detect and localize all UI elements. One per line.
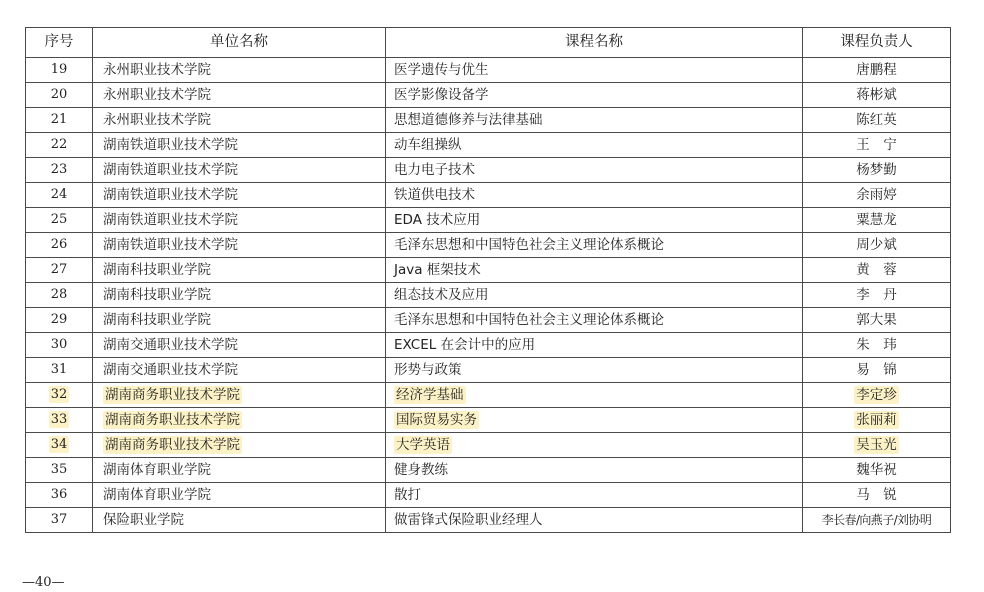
cell-lead-text: 黄 蓉 (856, 262, 897, 278)
cell-no: 21 (26, 108, 93, 133)
cell-no: 26 (26, 233, 93, 258)
cell-no: 34 (26, 433, 93, 458)
cell-no: 24 (26, 183, 93, 208)
cell-course: 大学英语 (386, 433, 803, 458)
table-row: 35湖南体育职业学院健身教练魏华祝 (26, 458, 951, 483)
cell-no: 32 (26, 383, 93, 408)
cell-lead: 陈红英 (803, 108, 951, 133)
cell-course: 健身教练 (386, 458, 803, 483)
table-header-row: 序号 单位名称 课程名称 课程负责人 (26, 28, 951, 58)
cell-course: 思想道德修养与法律基础 (386, 108, 803, 133)
cell-lead: 李 丹 (803, 283, 951, 308)
cell-course: 电力电子技术 (386, 158, 803, 183)
cell-lead: 马 锐 (803, 483, 951, 508)
cell-lead-text: 李定珍 (854, 386, 899, 404)
page-number: —40— (22, 575, 65, 591)
cell-course: 动车组操纵 (386, 133, 803, 158)
cell-unit: 永州职业技术学院 (93, 108, 386, 133)
cell-lead-text: 吴玉光 (854, 436, 899, 454)
cell-lead-text: 李 丹 (856, 287, 897, 303)
table-row: 34湖南商务职业技术学院大学英语吴玉光 (26, 433, 951, 458)
cell-unit-text: 湖南铁道职业技术学院 (103, 212, 238, 228)
table-body: 19永州职业技术学院医学遗传与优生唐鹏程20永州职业技术学院医学影像设备学蒋彬斌… (26, 58, 951, 533)
cell-lead-text: 杨梦勤 (856, 162, 897, 178)
table-row: 30湖南交通职业技术学院EXCEL 在会计中的应用朱 玮 (26, 333, 951, 358)
cell-lead: 李长春/向燕子/刘协明 (803, 508, 951, 533)
cell-lead: 易 锦 (803, 358, 951, 383)
cell-unit-text: 湖南体育职业学院 (103, 487, 211, 503)
cell-course: 医学影像设备学 (386, 83, 803, 108)
cell-unit-text: 湖南铁道职业技术学院 (103, 237, 238, 253)
cell-no: 33 (26, 408, 93, 433)
cell-no-text: 26 (51, 237, 68, 252)
cell-no-text: 31 (51, 362, 68, 377)
cell-unit-text: 保险职业学院 (103, 512, 184, 528)
cell-no-text: 37 (51, 512, 68, 527)
cell-lead: 杨梦勤 (803, 158, 951, 183)
cell-unit: 湖南商务职业技术学院 (93, 383, 386, 408)
cell-course: 散打 (386, 483, 803, 508)
cell-unit-text: 湖南体育职业学院 (103, 462, 211, 478)
cell-course: EXCEL 在会计中的应用 (386, 333, 803, 358)
cell-course: Java 框架技术 (386, 258, 803, 283)
cell-lead-text: 陈红英 (856, 112, 897, 128)
cell-unit: 湖南商务职业技术学院 (93, 433, 386, 458)
table-row: 33湖南商务职业技术学院国际贸易实务张丽莉 (26, 408, 951, 433)
table-row: 28湖南科技职业学院组态技术及应用李 丹 (26, 283, 951, 308)
cell-lead-text: 唐鹏程 (856, 62, 897, 78)
cell-no: 35 (26, 458, 93, 483)
cell-unit-text: 湖南交通职业技术学院 (103, 337, 238, 353)
cell-unit: 湖南商务职业技术学院 (93, 408, 386, 433)
cell-no: 28 (26, 283, 93, 308)
cell-lead-text: 魏华祝 (856, 462, 897, 478)
cell-unit: 湖南科技职业学院 (93, 308, 386, 333)
cell-no: 25 (26, 208, 93, 233)
cell-lead: 蒋彬斌 (803, 83, 951, 108)
cell-lead-text: 周少斌 (856, 237, 897, 253)
cell-course: 毛泽东思想和中国特色社会主义理论体系概论 (386, 233, 803, 258)
cell-course: EDA 技术应用 (386, 208, 803, 233)
cell-unit: 湖南科技职业学院 (93, 283, 386, 308)
cell-no-text: 27 (51, 262, 68, 277)
cell-unit: 永州职业技术学院 (93, 58, 386, 83)
table-row: 36湖南体育职业学院散打马 锐 (26, 483, 951, 508)
cell-no-text: 29 (51, 312, 68, 327)
cell-no-text: 20 (51, 87, 68, 102)
cell-lead: 周少斌 (803, 233, 951, 258)
cell-course-text: 国际贸易实务 (394, 411, 479, 429)
cell-unit: 湖南铁道职业技术学院 (93, 133, 386, 158)
cell-course-text: 散打 (394, 487, 421, 503)
cell-course: 国际贸易实务 (386, 408, 803, 433)
cell-course-text: 医学遗传与优生 (394, 62, 489, 78)
cell-no: 29 (26, 308, 93, 333)
cell-no: 22 (26, 133, 93, 158)
cell-no-text: 36 (51, 487, 68, 502)
course-table: 序号 单位名称 课程名称 课程负责人 19永州职业技术学院医学遗传与优生唐鹏程2… (25, 27, 951, 533)
cell-unit-text: 湖南铁道职业技术学院 (103, 137, 238, 153)
cell-course-text: 毛泽东思想和中国特色社会主义理论体系概论 (394, 312, 664, 328)
cell-no: 19 (26, 58, 93, 83)
table-row: 31湖南交通职业技术学院形势与政策易 锦 (26, 358, 951, 383)
cell-no-text: 33 (49, 411, 70, 428)
cell-lead: 王 宁 (803, 133, 951, 158)
cell-course-text: 电力电子技术 (394, 162, 475, 178)
cell-lead: 粟慧龙 (803, 208, 951, 233)
cell-no-text: 34 (49, 436, 70, 453)
cell-no: 37 (26, 508, 93, 533)
cell-lead-text: 易 锦 (856, 362, 897, 378)
cell-unit: 湖南铁道职业技术学院 (93, 233, 386, 258)
cell-unit: 湖南体育职业学院 (93, 458, 386, 483)
table-row: 29湖南科技职业学院毛泽东思想和中国特色社会主义理论体系概论郭大果 (26, 308, 951, 333)
cell-no: 27 (26, 258, 93, 283)
table-row: 37保险职业学院做雷锋式保险职业经理人李长春/向燕子/刘协明 (26, 508, 951, 533)
cell-no-text: 25 (51, 212, 68, 227)
cell-unit-text: 湖南科技职业学院 (103, 312, 211, 328)
cell-lead: 张丽莉 (803, 408, 951, 433)
cell-course-text: 大学英语 (394, 436, 452, 454)
cell-course-text: 健身教练 (394, 462, 448, 478)
cell-unit-text: 湖南科技职业学院 (103, 287, 211, 303)
cell-unit: 湖南交通职业技术学院 (93, 333, 386, 358)
cell-lead: 黄 蓉 (803, 258, 951, 283)
cell-unit: 湖南铁道职业技术学院 (93, 208, 386, 233)
cell-no-text: 30 (51, 337, 68, 352)
cell-lead-text: 郭大果 (856, 312, 897, 328)
cell-unit-text: 永州职业技术学院 (103, 112, 211, 128)
cell-course: 医学遗传与优生 (386, 58, 803, 83)
table-row: 32湖南商务职业技术学院经济学基础李定珍 (26, 383, 951, 408)
cell-no: 30 (26, 333, 93, 358)
header-unit: 单位名称 (93, 28, 386, 58)
cell-course-text: 铁道供电技术 (394, 187, 475, 203)
cell-no-text: 22 (51, 137, 68, 152)
cell-lead: 郭大果 (803, 308, 951, 333)
cell-unit-text: 湖南铁道职业技术学院 (103, 162, 238, 178)
cell-lead: 余雨婷 (803, 183, 951, 208)
cell-unit: 湖南铁道职业技术学院 (93, 158, 386, 183)
cell-unit: 湖南科技职业学院 (93, 258, 386, 283)
cell-lead-text: 张丽莉 (854, 411, 899, 429)
header-course: 课程名称 (386, 28, 803, 58)
cell-no-text: 21 (51, 112, 68, 127)
cell-lead-text: 蒋彬斌 (856, 87, 897, 103)
cell-unit-text: 湖南商务职业技术学院 (103, 386, 242, 404)
cell-lead-text: 王 宁 (856, 137, 897, 153)
table-row: 21永州职业技术学院思想道德修养与法律基础陈红英 (26, 108, 951, 133)
cell-unit-text: 湖南交通职业技术学院 (103, 362, 238, 378)
cell-no: 36 (26, 483, 93, 508)
cell-course-text: 动车组操纵 (394, 137, 462, 153)
cell-course: 经济学基础 (386, 383, 803, 408)
cell-lead: 魏华祝 (803, 458, 951, 483)
cell-lead-text: 朱 玮 (856, 337, 897, 353)
table-row: 27湖南科技职业学院Java 框架技术黄 蓉 (26, 258, 951, 283)
table-row: 26湖南铁道职业技术学院毛泽东思想和中国特色社会主义理论体系概论周少斌 (26, 233, 951, 258)
cell-lead: 朱 玮 (803, 333, 951, 358)
cell-no-text: 23 (51, 162, 68, 177)
cell-unit-text: 湖南商务职业技术学院 (103, 411, 242, 429)
cell-no-text: 32 (49, 386, 70, 403)
cell-unit-text: 湖南科技职业学院 (103, 262, 211, 278)
cell-lead: 吴玉光 (803, 433, 951, 458)
cell-course-text: 做雷锋式保险职业经理人 (394, 512, 543, 528)
cell-course: 毛泽东思想和中国特色社会主义理论体系概论 (386, 308, 803, 333)
table-row: 24湖南铁道职业技术学院铁道供电技术余雨婷 (26, 183, 951, 208)
cell-course: 形势与政策 (386, 358, 803, 383)
cell-lead-text: 马 锐 (856, 487, 897, 503)
cell-lead-text: 李长春/向燕子/刘协明 (822, 513, 932, 527)
cell-course: 组态技术及应用 (386, 283, 803, 308)
table-row: 25湖南铁道职业技术学院EDA 技术应用粟慧龙 (26, 208, 951, 233)
cell-unit-text: 永州职业技术学院 (103, 87, 211, 103)
cell-course-text: 医学影像设备学 (394, 87, 489, 103)
header-lead: 课程负责人 (803, 28, 951, 58)
cell-no-text: 35 (51, 462, 68, 477)
cell-unit-text: 永州职业技术学院 (103, 62, 211, 78)
table-row: 20永州职业技术学院医学影像设备学蒋彬斌 (26, 83, 951, 108)
cell-course-text: 思想道德修养与法律基础 (394, 112, 543, 128)
table-row: 19永州职业技术学院医学遗传与优生唐鹏程 (26, 58, 951, 83)
cell-course-text: 经济学基础 (394, 386, 466, 404)
cell-course-text: EDA 技术应用 (394, 212, 480, 228)
cell-no-text: 24 (51, 187, 68, 202)
cell-unit: 湖南体育职业学院 (93, 483, 386, 508)
header-no: 序号 (26, 28, 93, 58)
table-row: 22湖南铁道职业技术学院动车组操纵王 宁 (26, 133, 951, 158)
cell-course-text: EXCEL 在会计中的应用 (394, 337, 535, 353)
cell-course: 做雷锋式保险职业经理人 (386, 508, 803, 533)
cell-no-text: 28 (51, 287, 68, 302)
cell-lead: 唐鹏程 (803, 58, 951, 83)
cell-course-text: 毛泽东思想和中国特色社会主义理论体系概论 (394, 237, 664, 253)
cell-course: 铁道供电技术 (386, 183, 803, 208)
cell-unit: 保险职业学院 (93, 508, 386, 533)
cell-lead: 李定珍 (803, 383, 951, 408)
cell-course-text: 形势与政策 (394, 362, 462, 378)
cell-course-text: Java 框架技术 (394, 262, 481, 278)
cell-course-text: 组态技术及应用 (394, 287, 489, 303)
cell-no: 20 (26, 83, 93, 108)
table-row: 23湖南铁道职业技术学院电力电子技术杨梦勤 (26, 158, 951, 183)
cell-no: 23 (26, 158, 93, 183)
cell-lead-text: 余雨婷 (856, 187, 897, 203)
cell-unit-text: 湖南铁道职业技术学院 (103, 187, 238, 203)
cell-unit: 永州职业技术学院 (93, 83, 386, 108)
cell-lead-text: 粟慧龙 (856, 212, 897, 228)
cell-unit: 湖南交通职业技术学院 (93, 358, 386, 383)
cell-unit: 湖南铁道职业技术学院 (93, 183, 386, 208)
cell-no-text: 19 (51, 62, 68, 77)
cell-unit-text: 湖南商务职业技术学院 (103, 436, 242, 454)
cell-no: 31 (26, 358, 93, 383)
